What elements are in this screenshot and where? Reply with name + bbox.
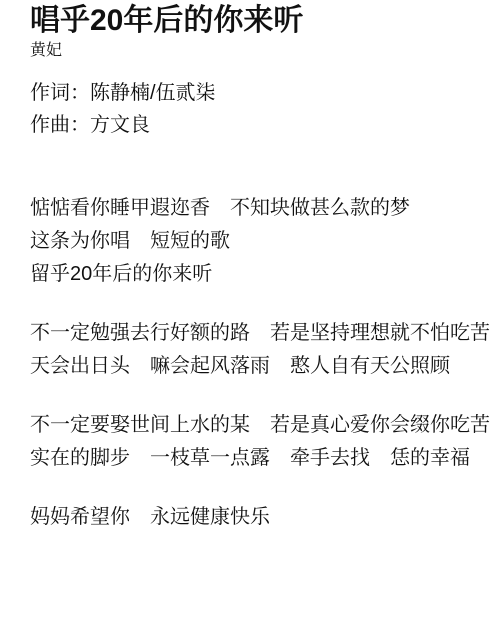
song-title: 唱乎20年后的你来听: [30, 3, 490, 39]
stanza-4: 妈妈希望你 永远健康快乐: [30, 501, 490, 534]
lyricist-credit: 作词：陈静楠/伍贰柒: [30, 77, 490, 109]
lyric-line: 留乎20年后的你来听: [30, 263, 212, 285]
credits-block: 作词：陈静楠/伍贰柒 作曲：方文良: [30, 77, 490, 141]
stanza-3: 不一定要娶世间上水的某 若是真心爱你会缀你吃苦 实在的脚步 一枝草一点露 牵手去…: [30, 409, 490, 475]
composer-credit: 作曲：方文良: [30, 109, 490, 141]
lyric-line: 妈妈希望你 永远健康快乐: [30, 506, 270, 528]
lyric-line: 天会出日头 嘛会起风落雨 憨人自有天公照顾: [30, 355, 450, 377]
lyric-line: 实在的脚步 一枝草一点露 牵手去找 恁的幸福: [30, 447, 470, 469]
lyrics-page: 唱乎20年后的你来听 黄妃 作词：陈静楠/伍贰柒 作曲：方文良 惦惦看你睡甲遐迩…: [0, 0, 500, 534]
lyrics-body: 惦惦看你睡甲遐迩香 不知块做甚么款的梦 这条为你唱 短短的歌 留乎20年后的你来…: [30, 192, 490, 534]
lyric-line: 这条为你唱 短短的歌: [30, 230, 230, 252]
lyric-line: 不一定勉强去行好额的路 若是坚持理想就不怕吃苦: [30, 322, 490, 344]
artist-name: 黄妃: [30, 40, 490, 62]
lyric-line: 惦惦看你睡甲遐迩香 不知块做甚么款的梦: [30, 197, 410, 219]
lyric-line: 不一定要娶世间上水的某 若是真心爱你会缀你吃苦: [30, 414, 490, 436]
stanza-2: 不一定勉强去行好额的路 若是坚持理想就不怕吃苦 天会出日头 嘛会起风落雨 憨人自…: [30, 317, 490, 383]
stanza-1: 惦惦看你睡甲遐迩香 不知块做甚么款的梦 这条为你唱 短短的歌 留乎20年后的你来…: [30, 192, 490, 291]
